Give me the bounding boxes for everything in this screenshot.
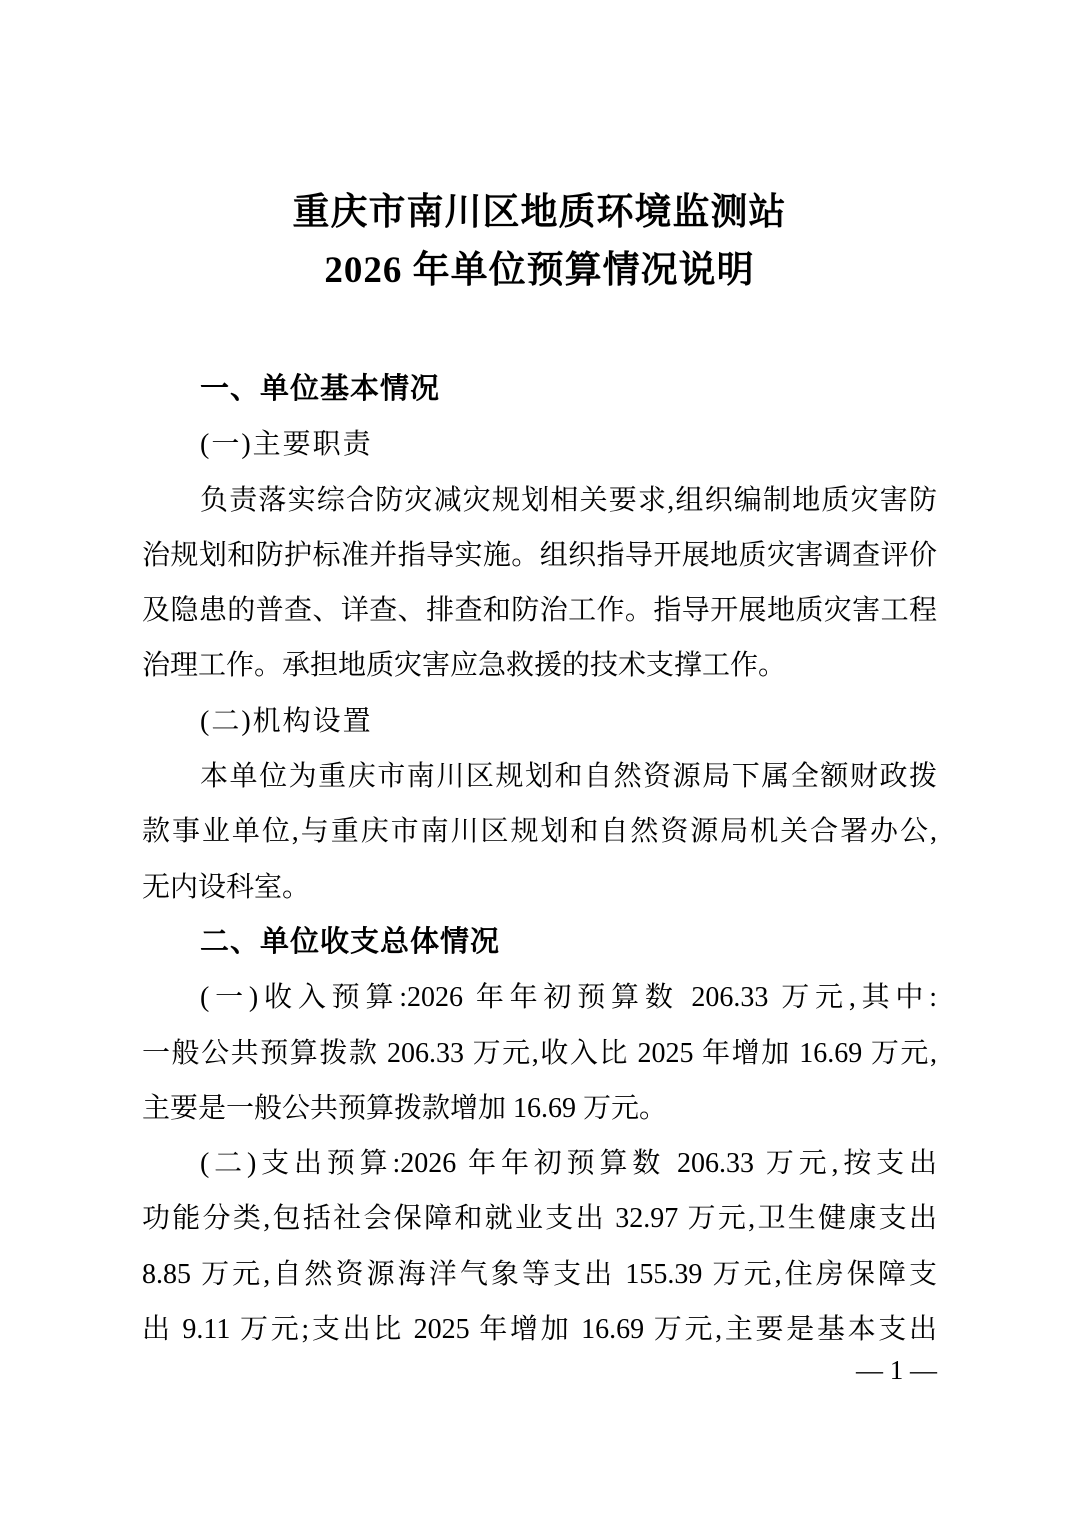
body-line: 功能分类,包括社会保障和就业支出 32.97 万元,卫生健康支出: [142, 1191, 937, 1246]
body-line: 无内设科室。: [142, 860, 937, 915]
body-line: 主要是一般公共预算拨款增加 16.69 万元。: [142, 1081, 937, 1136]
body-line: (二)支出预算:2026 年年初预算数 206.33 万元,按支出: [142, 1136, 937, 1191]
body-line: 款事业单位,与重庆市南川区规划和自然资源局机关合署办公,: [142, 804, 937, 859]
document-title-line-1: 重庆市南川区地质环境监测站: [142, 184, 937, 242]
document-body: 一、单位基本情况 (一)主要职责 负责落实综合防灾减灾规划相关要求,组织编制地质…: [142, 362, 937, 1357]
body-line: 本单位为重庆市南川区规划和自然资源局下属全额财政拨: [142, 749, 937, 804]
body-line: 负责落实综合防灾减灾规划相关要求,组织编制地质灾害防: [142, 473, 937, 528]
body-line: 治规划和防护标准并指导实施。组织指导开展地质灾害调查评价: [142, 528, 937, 583]
body-line: 治理工作。承担地质灾害应急救援的技术支撑工作。: [142, 638, 937, 693]
document-title-line-2: 2026 年单位预算情况说明: [142, 242, 937, 300]
footer: — 1 —: [142, 1350, 937, 1390]
document-title: 重庆市南川区地质环境监测站 2026 年单位预算情况说明: [142, 184, 937, 300]
body-line: 及隐患的普查、详查、排查和防治工作。指导开展地质灾害工程: [142, 583, 937, 638]
section-2-heading: 二、单位收支总体情况: [142, 915, 937, 970]
section-1-heading: 一、单位基本情况: [142, 362, 937, 417]
document-page: 重庆市南川区地质环境监测站 2026 年单位预算情况说明 一、单位基本情况 (一…: [0, 0, 1074, 1520]
subsection-1-2-heading: (二)机构设置: [142, 694, 937, 749]
subsection-1-1-heading: (一)主要职责: [142, 417, 937, 472]
body-line: (一)收入预算:2026 年年初预算数 206.33 万元,其中:: [142, 970, 937, 1025]
footer-page-number: — 1 —: [856, 1355, 937, 1385]
body-line: 8.85 万元,自然资源海洋气象等支出 155.39 万元,住房保障支: [142, 1247, 937, 1302]
body-line: 一般公共预算拨款 206.33 万元,收入比 2025 年增加 16.69 万元…: [142, 1026, 937, 1081]
